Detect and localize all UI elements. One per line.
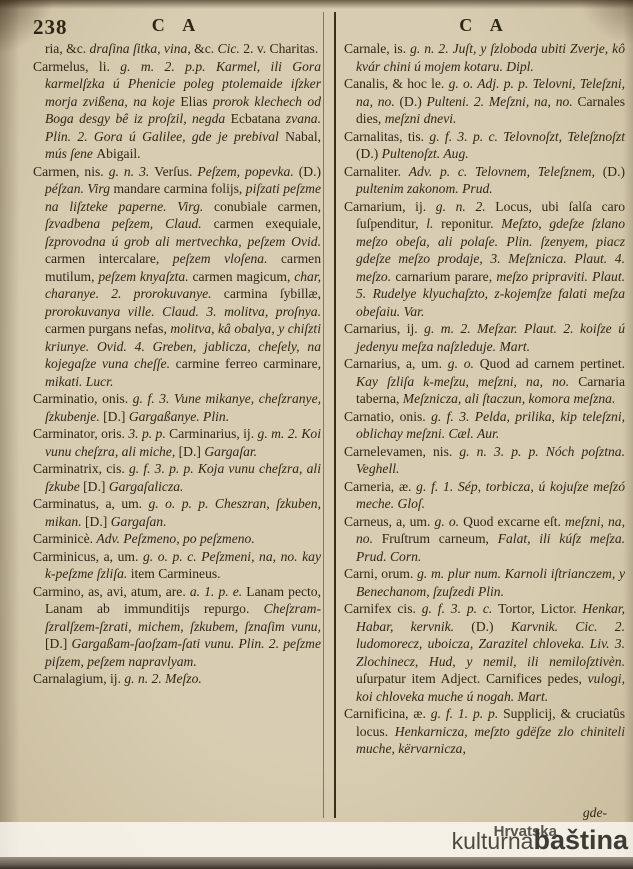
dictionary-entry: Carmen, nis. g. n. 3. Verſus. Peſzem, po… — [33, 163, 321, 391]
dictionary-entry: Carnalitas, tis. g. f. 3. p. c. Telovnoſ… — [344, 128, 625, 163]
watermark-text-bold: baština — [533, 825, 628, 855]
left-column: ria, &c. draſina ſitka, vina, &c. Cic. 2… — [33, 40, 321, 688]
dictionary-entry: Carnatio, onis. g. f. 3. Pelda, prilika,… — [344, 408, 625, 443]
dictionary-entry: Carnificina, æ. g. f. 1. p. p. Supplicij… — [344, 705, 625, 758]
dictionary-entry: Carminator, oris. 3. p. p. Carminarius, … — [33, 425, 321, 460]
dictionary-entry: Carnarius, ij. g. m. 2. Meſzar. Plaut. 2… — [344, 320, 625, 355]
dictionary-entry: Carnarius, a, um. g. o. Quod ad carnem p… — [344, 355, 625, 408]
dictionary-entry: ria, &c. draſina ſitka, vina, &c. Cic. 2… — [33, 40, 321, 58]
dictionary-entry: Carminatus, a, um. g. o. p. p. Cheszran,… — [33, 495, 321, 530]
watermark-band: Hrvatska kulturnabaština — [0, 822, 633, 857]
dictionary-entry: Carmino, as, avi, atum, are. a. 1. p. e.… — [33, 583, 321, 671]
right-column: Carnale, is. g. n. 2. Juſt, y ſzloboda u… — [344, 40, 625, 758]
dictionary-entry: Carminicè. Adv. Peſzmeno, po peſzmeno. — [33, 530, 321, 548]
dictionary-entry: Carnale, is. g. n. 2. Juſt, y ſzloboda u… — [344, 40, 625, 75]
dictionary-entry: Carminatio, onis. g. f. 3. Vune mikanye,… — [33, 390, 321, 425]
dictionary-entry: Carminatrix, cis. g. f. 3. p. p. Koja vu… — [33, 460, 321, 495]
watermark-text-large: kulturnabaština — [452, 825, 628, 856]
dictionary-entry: Carnaliter. Adv. p. c. Telovnem, Teleſzn… — [344, 163, 625, 198]
book-page: 238 C A C A ria, &c. draſina ſitka, vina… — [0, 0, 633, 869]
dictionary-entry: Carnelevamen, nis. g. n. 3. p. p. Nóch p… — [344, 443, 625, 478]
dictionary-entry: Carminicus, a, um. g. o. p. c. Peſzmeni,… — [33, 548, 321, 583]
dictionary-entry: Carnalagium, ij. g. n. 2. Meſzo. — [33, 670, 321, 688]
divider-thick-rule — [334, 12, 336, 818]
column-divider — [323, 12, 339, 818]
scan-bottom-edge — [0, 857, 633, 869]
divider-thin-rule — [323, 12, 324, 818]
dictionary-entry: Carneria, æ. g. f. 1. Sép, torbicza, ú k… — [344, 478, 625, 513]
dictionary-entry: Canalis, & hoc le. g. o. Adj. p. p. Telo… — [344, 75, 625, 128]
running-title-right: C A — [344, 15, 625, 36]
dictionary-entry: Carni, orum. g. m. plur num. Karnoli iſt… — [344, 565, 625, 600]
running-title-left: C A — [33, 15, 321, 36]
dictionary-entry: Carneus, a, um. g. o. Quod excarne eſt. … — [344, 513, 625, 566]
dictionary-entry: Carmelus, li. g. m. 2. p.p. Karmel, ili … — [33, 58, 321, 163]
watermark-text-regular: kulturna — [452, 828, 534, 854]
dictionary-entry: Carnifex cis. g. f. 3. p. c. Tortor, Lic… — [344, 600, 625, 705]
dictionary-entry: Carnarium, ij. g. n. 2. Locus, ubi ſalſa… — [344, 198, 625, 321]
catchword: gde- — [583, 805, 607, 821]
